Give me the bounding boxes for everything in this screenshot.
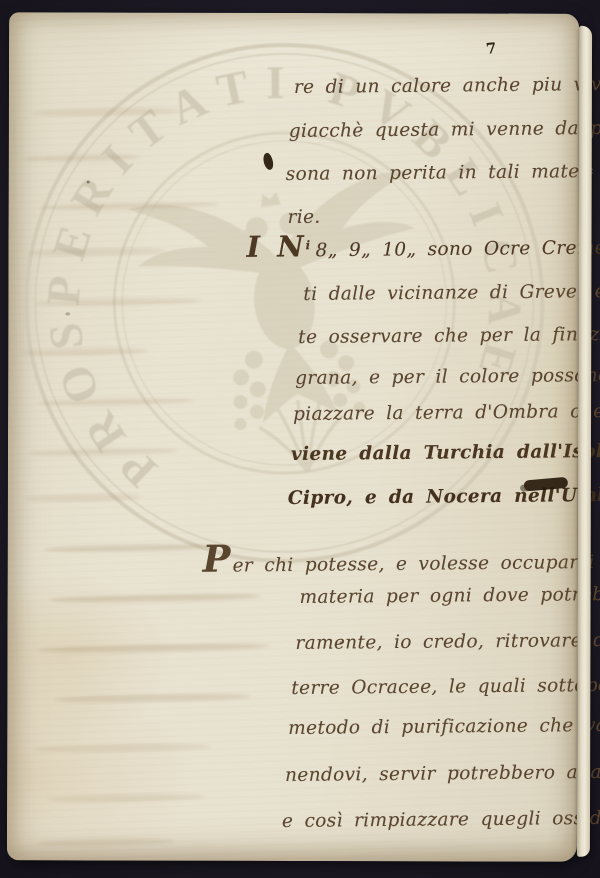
handwritten-line: grana, e per il colore possono rim= xyxy=(295,363,600,391)
manuscript-page: PROSPERITATI PVBLICAE xyxy=(7,12,579,861)
handwritten-line: viene dalla Turchia dall'Isola di xyxy=(291,440,600,467)
handwritten-line: materia per ogni dove potrebbe sicu= xyxy=(299,582,600,610)
ink-speck xyxy=(540,132,543,134)
handwritten-line-numbered: I Ni8„ 9„ 10„ sono Ocre Creme provvenien… xyxy=(246,224,600,266)
handwritten-line-paragraph-start: Per chi potesse, e volesse occuparsi di … xyxy=(202,530,600,582)
line-numeral-prefix: I N xyxy=(246,229,304,264)
line-rest: 8„ 9„ 10„ sono Ocre Creme provvenien= xyxy=(316,236,600,261)
ink-speck xyxy=(65,312,70,315)
handwritten-line: ti dalle vicinanze di Greve, e potre= xyxy=(303,279,600,307)
ink-speck xyxy=(456,769,460,771)
handwritten-line: sona non perita in tali mate= xyxy=(286,160,596,187)
superscript-i: i xyxy=(306,238,311,252)
handwritten-line: re di un calore anche piu vivace, xyxy=(294,73,600,100)
handwritten-line: rie. xyxy=(287,206,320,230)
handwritten-line: e così rimpiazzare quegli ossidi metal= xyxy=(282,806,600,834)
handwritten-line: te osservare che per la finezza della xyxy=(298,322,600,350)
handwritten-line: terre Ocracee, le quali sottoposte al xyxy=(291,673,600,701)
handwritten-line: metodo di purificazione che vado espo= xyxy=(288,713,600,741)
handwritten-line: nendovi, servir potrebbero alla pittura, xyxy=(285,760,600,788)
ink-speck xyxy=(87,180,90,183)
ink-speck xyxy=(339,641,342,644)
manuscript-text: re di un calore anche piu vivace, giacch… xyxy=(7,12,579,861)
handwritten-line: piazzare la terra d'Ombra che ci xyxy=(293,400,600,427)
photo-background: PROSPERITATI PVBLICAE xyxy=(0,0,600,878)
handwritten-line: giacchè questa mi venne da per= xyxy=(289,117,600,144)
page-fore-edge xyxy=(577,26,592,857)
